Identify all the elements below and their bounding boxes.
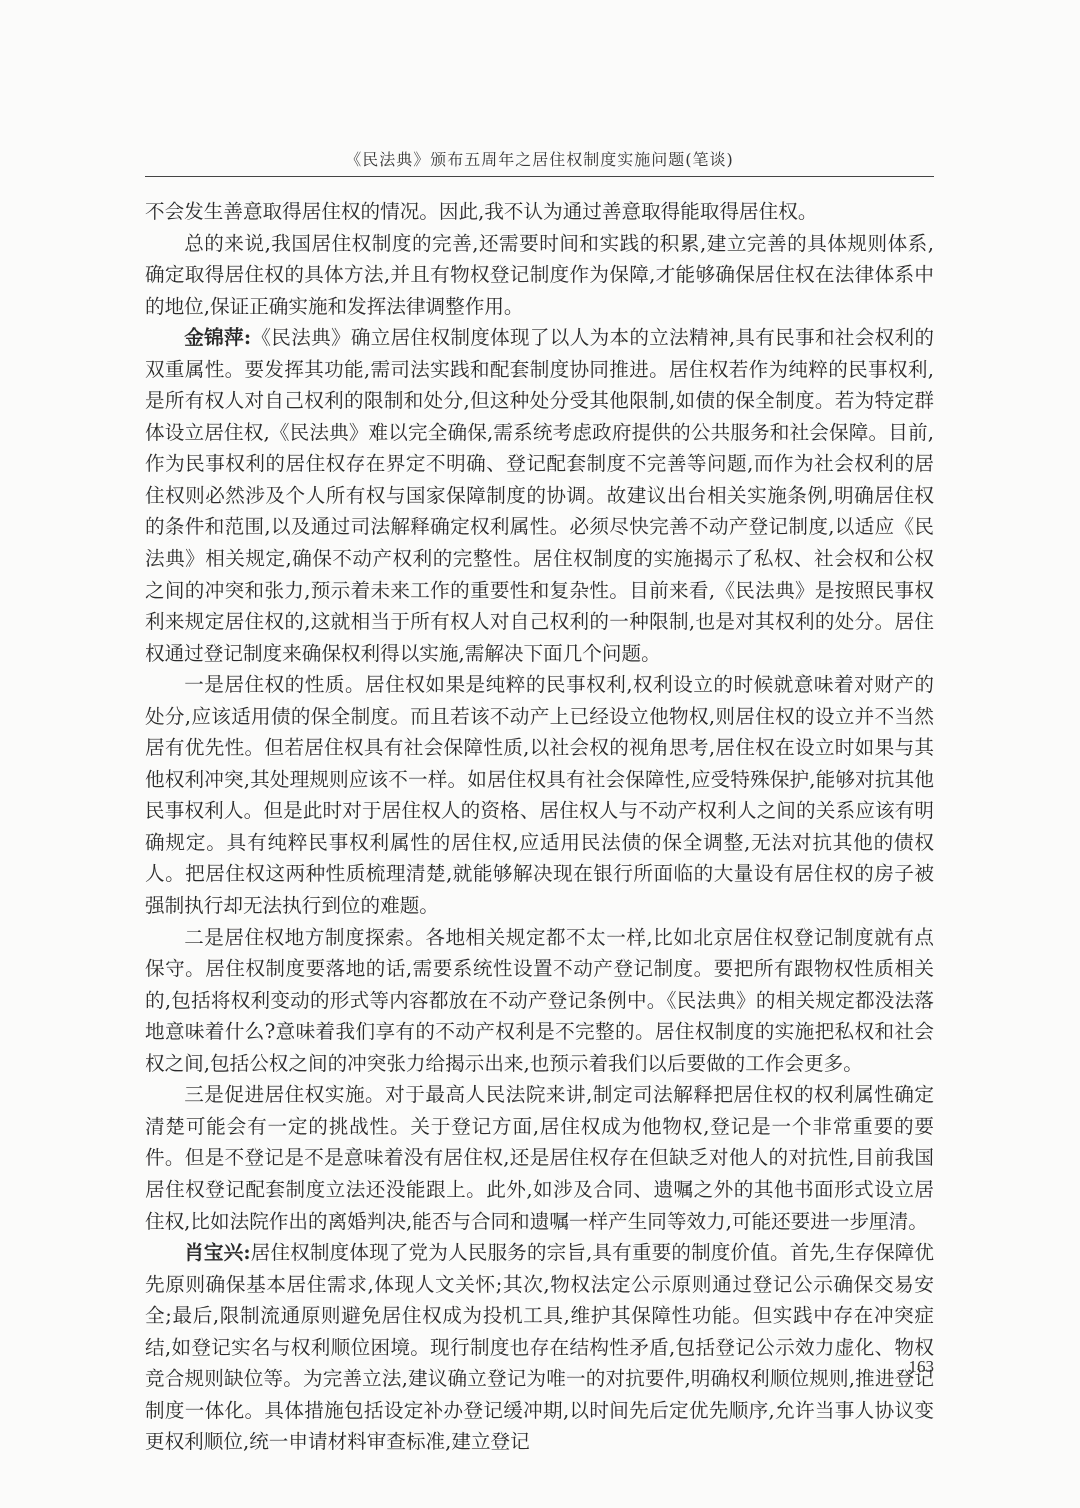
running-head: 《民法典》颁布五周年之居住权制度实施问题(笔谈) bbox=[145, 147, 934, 170]
paragraph-text: 二是居住权地方制度探索。各地相关规定都不太一样,比如北京居住权登记制度就有点保守… bbox=[145, 926, 934, 1075]
speaker-name: 金锦萍: bbox=[184, 326, 251, 349]
paragraph-point-two: 二是居住权地方制度探索。各地相关规定都不太一样,比如北京居住权登记制度就有点保守… bbox=[145, 922, 934, 1080]
paragraph-jin-jinping: 金锦萍:《民法典》确立居住权制度体现了以人为本的立法精神,具有民事和社会权利的双… bbox=[145, 322, 934, 669]
paragraph-xiao-baoxing: 肖宝兴:居住权制度体现了党为人民服务的宗旨,具有重要的制度价值。首先,生存保障优… bbox=[145, 1237, 934, 1458]
paragraph-summary: 总的来说,我国居住权制度的完善,还需要时间和实践的积累,建立完善的具体规则体系,… bbox=[145, 228, 934, 323]
paragraph-text: 总的来说,我国居住权制度的完善,还需要时间和实践的积累,建立完善的具体规则体系,… bbox=[145, 232, 934, 318]
paragraph-text: 不会发生善意取得居住权的情况。因此,我不认为通过善意取得能取得居住权。 bbox=[145, 200, 817, 223]
paragraph-text: 一是居住权的性质。居住权如果是纯粹的民事权利,权利设立的时候就意味着对财产的处分… bbox=[145, 673, 934, 917]
paragraph-text: 居住权制度体现了党为人民服务的宗旨,具有重要的制度价值。首先,生存保障优先原则确… bbox=[145, 1241, 934, 1453]
paragraph-text: 三是促进居住权实施。对于最高人民法院来讲,制定司法解释把居住权的权利属性确定清楚… bbox=[145, 1083, 934, 1232]
body-text: 不会发生善意取得居住权的情况。因此,我不认为通过善意取得能取得居住权。 总的来说… bbox=[145, 196, 934, 1458]
header-rule bbox=[145, 176, 934, 177]
paragraph-continuation: 不会发生善意取得居住权的情况。因此,我不认为通过善意取得能取得居住权。 bbox=[145, 196, 934, 228]
paragraph-point-one: 一是居住权的性质。居住权如果是纯粹的民事权利,权利设立的时候就意味着对财产的处分… bbox=[145, 669, 934, 921]
page-number: 163 bbox=[909, 1357, 935, 1377]
speaker-name: 肖宝兴: bbox=[184, 1241, 250, 1264]
paragraph-text: 《民法典》确立居住权制度体现了以人为本的立法精神,具有民事和社会权利的双重属性。… bbox=[145, 326, 934, 664]
paragraph-point-three: 三是促进居住权实施。对于最高人民法院来讲,制定司法解释把居住权的权利属性确定清楚… bbox=[145, 1079, 934, 1237]
